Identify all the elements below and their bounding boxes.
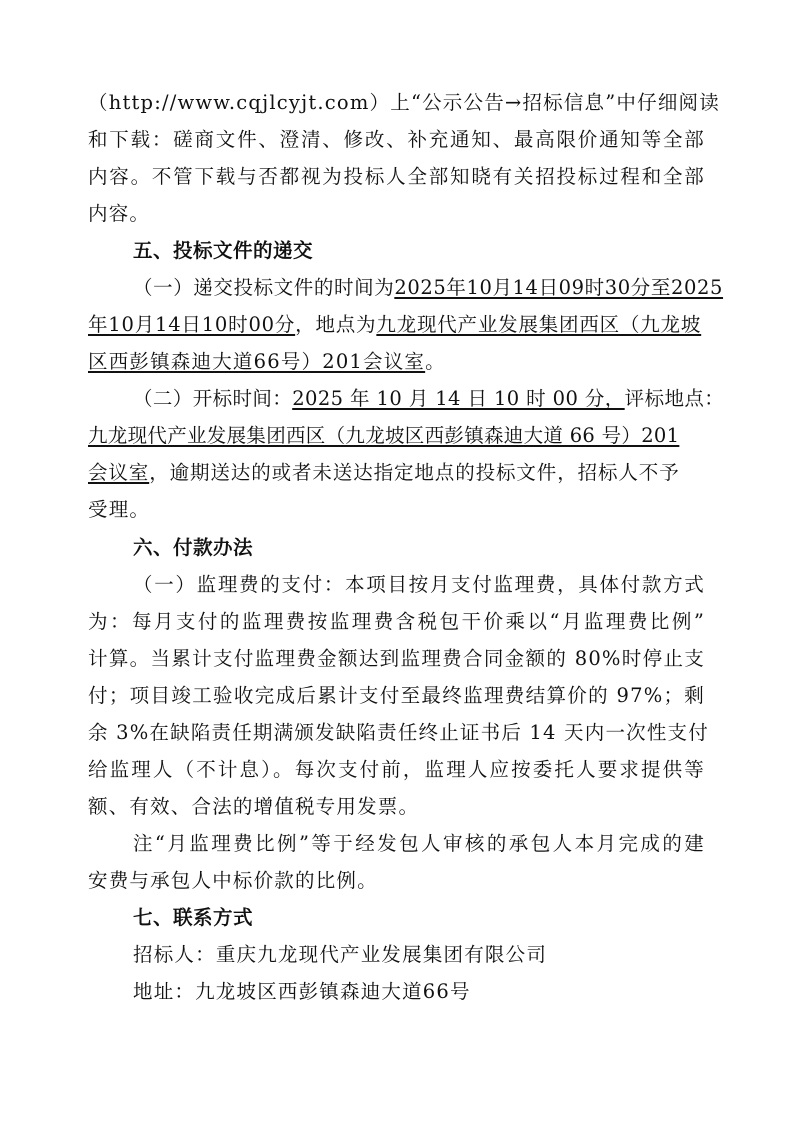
period: 。 <box>425 350 446 373</box>
intro-line-4: 内容。 <box>88 199 705 229</box>
evaluation-location-2: 会议室 <box>88 461 149 484</box>
location-label: ，地点为 <box>295 313 376 336</box>
section-6-p1-line-5: 余 3%在缺陷责任期满颁发缺陷责任终止证书后 14 天内一次性支付 <box>88 718 705 748</box>
document-page: （http://www.cqjlcyjt.com）上“公示公告→招标信息”中仔细… <box>0 0 793 1122</box>
section-5-p2-line-4: 受理。 <box>88 495 705 525</box>
address-value: 九龙坡区西彭镇森迪大道66号 <box>195 980 471 1003</box>
section-5-p1-line-1: （一）递交投标文件的时间为2025年10月14日09时30分至2025 <box>133 273 705 303</box>
section-5-p2-line-1: （二）开标时间：2025 年 10 月 14 日 10 时 00 分，评标地点： <box>133 384 705 414</box>
section-5-p2-line-3: 会议室，逾期送达的或者未送达指定地点的投标文件，招标人不予 <box>88 458 705 488</box>
section-5-heading: 五、投标文件的递交 <box>133 236 705 266</box>
tenderer-line: 招标人：重庆九龙现代产业发展集团有限公司 <box>133 940 705 970</box>
late-submission-text: ，逾期送达的或者未送达指定地点的投标文件，招标人不予 <box>149 461 679 484</box>
evaluation-location-label: 评标地点： <box>625 387 725 410</box>
section-6-p1-line-3: 计算。当累计支付监理费金额达到监理费合同金额的 80%时停止支 <box>88 644 705 674</box>
tenderer-name: 重庆九龙现代产业发展集团有限公司 <box>216 943 547 966</box>
submission-time-start: 2025年10月14日09时30分至2025 <box>394 276 723 299</box>
submission-time-end: 年10月14日10时00分 <box>88 313 295 336</box>
address-label: 地址： <box>133 980 195 1003</box>
section-6-note-line-2: 安费与承包人中标价款的比例。 <box>88 866 705 896</box>
intro-line-3: 内容。不管下载与否都视为投标人全部知晓有关招投标过程和全部 <box>88 162 705 192</box>
section-5-p1-line-2: 年10月14日10时00分，地点为九龙现代产业发展集团西区（九龙坡 <box>88 310 705 340</box>
submission-location-1: 九龙现代产业发展集团西区（九龙坡 <box>376 313 701 336</box>
section-6-p1-line-2: 为：每月支付的监理费按监理费含税包干价乘以“月监理费比例” <box>88 607 705 637</box>
section-5-p1-line-3: 区西彭镇森迪大道66号）201会议室。 <box>88 347 705 377</box>
section-6-p1-line-4: 付；项目竣工验收完成后累计支付至最终监理费结算价的 97%；剩 <box>88 681 705 711</box>
p1-lead: （一）递交投标文件的时间为 <box>133 276 394 299</box>
intro-line-2: 和下载：磋商文件、澄清、修改、补充通知、最高限价通知等全部 <box>88 125 705 155</box>
opening-time-label: （二）开标时间： <box>133 387 292 410</box>
section-7-heading: 七、联系方式 <box>133 903 705 933</box>
section-6-p1-line-6: 给监理人（不计息）。每次支付前，监理人应按委托人要求提供等 <box>88 755 705 785</box>
evaluation-location-1: 九龙现代产业发展集团西区（九龙坡区西彭镇森迪大道 66 号）201 <box>88 424 679 447</box>
submission-location-2: 区西彭镇森迪大道66号）201会议室 <box>88 350 425 373</box>
section-6-p1-line-7: 额、有效、合法的增值税专用发票。 <box>88 792 705 822</box>
section-6-note-line-1: 注“月监理费比例”等于经发包人审核的承包人本月完成的建 <box>133 829 705 859</box>
section-6-heading: 六、付款办法 <box>133 533 705 563</box>
section-5-p2-line-2: 九龙现代产业发展集团西区（九龙坡区西彭镇森迪大道 66 号）201 <box>88 421 705 451</box>
intro-line-1: （http://www.cqjlcyjt.com）上“公示公告→招标信息”中仔细… <box>88 88 705 118</box>
opening-time: 2025 年 10 月 14 日 10 时 00 分， <box>292 387 624 410</box>
section-6-p1-line-1: （一）监理费的支付：本项目按月支付监理费，具体付款方式 <box>133 570 705 600</box>
tenderer-label: 招标人： <box>133 943 216 966</box>
address-line: 地址：九龙坡区西彭镇森迪大道66号 <box>133 977 705 1007</box>
